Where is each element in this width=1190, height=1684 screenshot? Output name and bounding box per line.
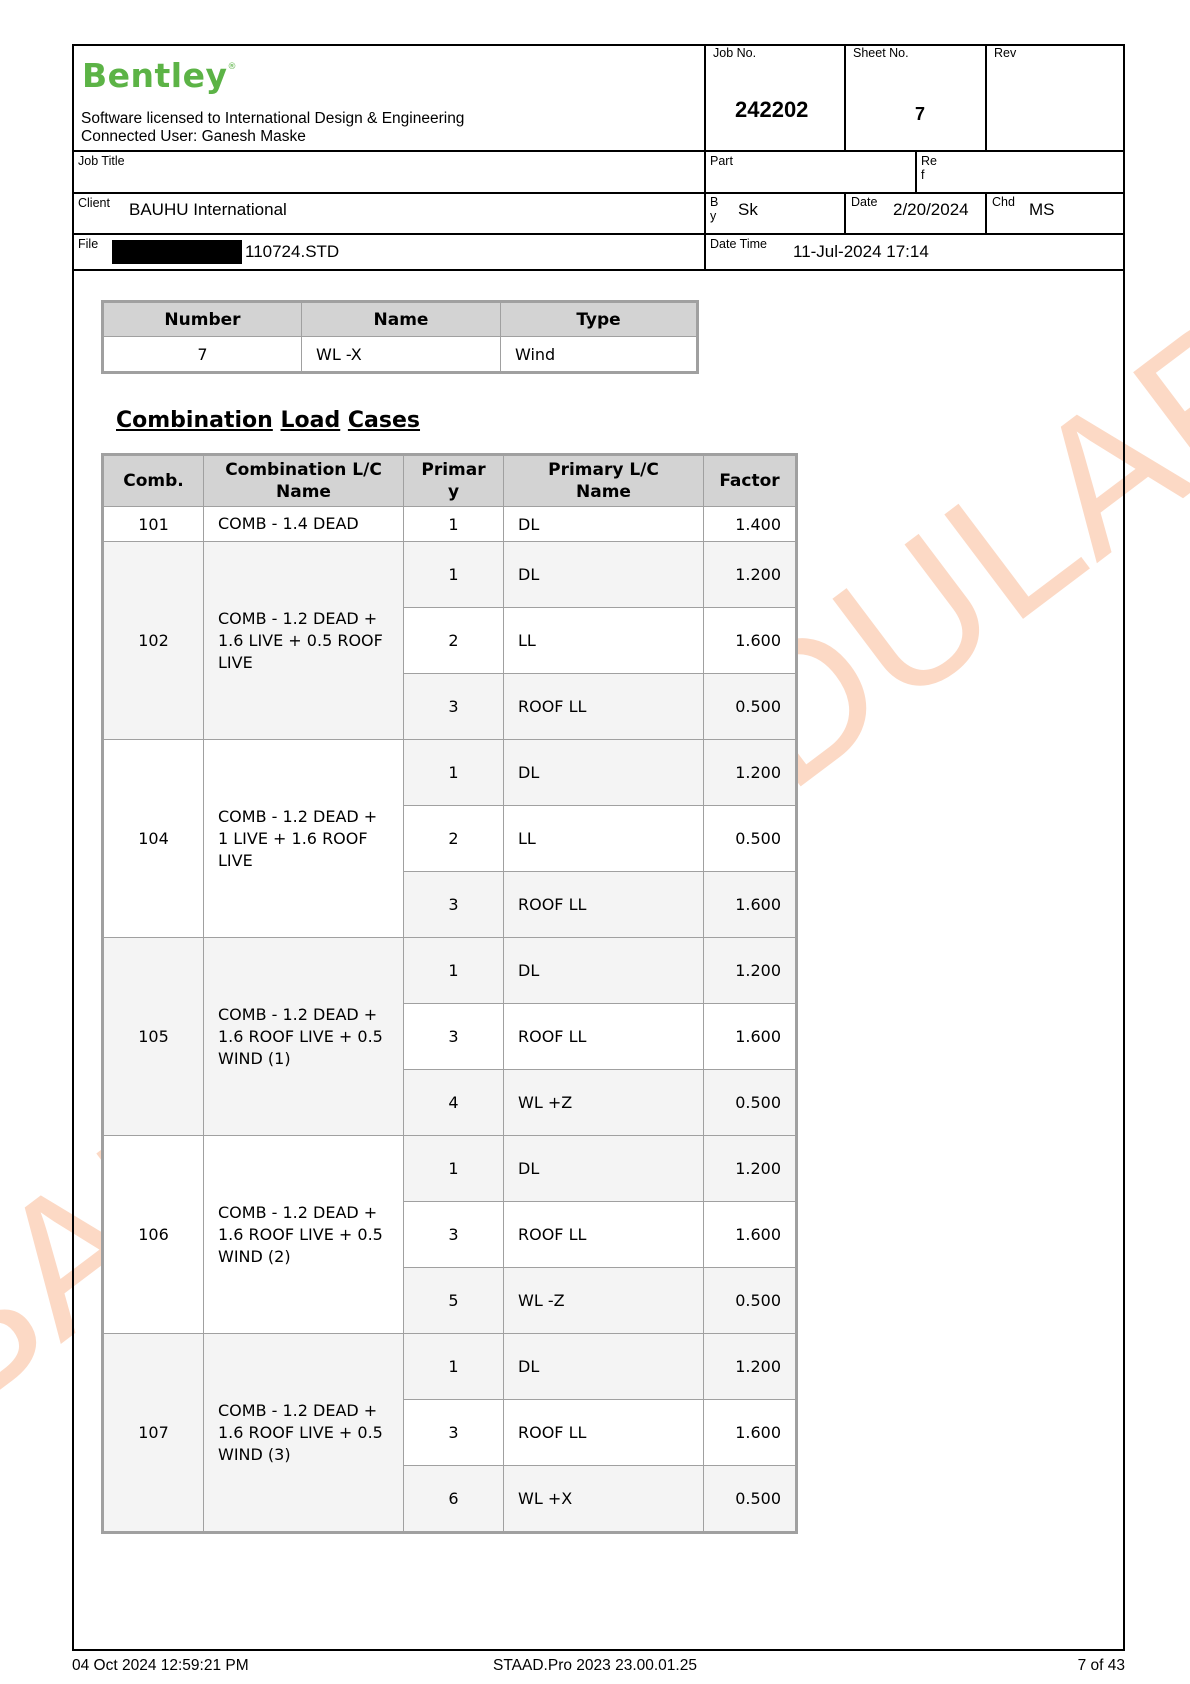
load-case-number: 7 xyxy=(103,337,302,373)
load-case-name: WL -X xyxy=(302,337,501,373)
primary-number: 1 xyxy=(404,1334,504,1400)
by-label: By xyxy=(710,195,718,223)
comb-name: COMB - 1.2 DEAD + 1.6 ROOF LIVE + 0.5 WI… xyxy=(204,938,404,1136)
checked-label: Chd xyxy=(992,195,1015,209)
license-info: Software licensed to International Desig… xyxy=(81,110,464,146)
license-line: Software licensed to International Desig… xyxy=(81,110,464,128)
column-header-number: Number xyxy=(103,302,302,337)
factor-value: 1.200 xyxy=(704,740,797,806)
comb-name: COMB - 1.2 DEAD + 1.6 ROOF LIVE + 0.5 WI… xyxy=(204,1334,404,1533)
date-value: 2/20/2024 xyxy=(893,200,969,220)
factor-value: 0.500 xyxy=(704,1070,797,1136)
factor-value: 0.500 xyxy=(704,674,797,740)
factor-value: 1.600 xyxy=(704,608,797,674)
divider xyxy=(985,192,987,234)
primary-name: DL xyxy=(504,740,704,806)
primary-name: DL xyxy=(504,1334,704,1400)
primary-number: 1 xyxy=(404,542,504,608)
column-header-comb-name: Combination L/CName xyxy=(204,455,404,507)
ref-label: Ref xyxy=(921,154,937,182)
factor-value: 1.200 xyxy=(704,1334,797,1400)
comb-name: COMB - 1.2 DEAD + 1.6 ROOF LIVE + 0.5 WI… xyxy=(204,1136,404,1334)
factor-value: 1.600 xyxy=(704,1400,797,1466)
factor-value: 1.200 xyxy=(704,542,797,608)
table-row: 104COMB - 1.2 DEAD + 1 LIVE + 1.6 ROOF L… xyxy=(103,740,797,806)
factor-value: 0.500 xyxy=(704,1466,797,1533)
footer-software: STAAD.Pro 2023 23.00.01.25 xyxy=(0,1657,1190,1675)
primary-number: 1 xyxy=(404,938,504,1004)
job-title-label: Job Title xyxy=(78,154,125,168)
primary-name: LL xyxy=(504,806,704,872)
column-header-type: Type xyxy=(501,302,698,337)
redacted-filename xyxy=(112,240,242,264)
column-header-comb: Comb. xyxy=(103,455,204,507)
factor-value: 1.600 xyxy=(704,1202,797,1268)
comb-number: 104 xyxy=(103,740,204,938)
primary-name: WL +X xyxy=(504,1466,704,1533)
connected-user: Connected User: Ganesh Maske xyxy=(81,128,464,146)
divider xyxy=(72,269,1125,271)
bentley-logo: Bentley® xyxy=(82,56,237,95)
primary-name: ROOF LL xyxy=(504,674,704,740)
client-label: Client xyxy=(78,196,110,210)
rev-label: Rev xyxy=(994,46,1016,60)
comb-name: COMB - 1.2 DEAD + 1 LIVE + 1.6 ROOF LIVE xyxy=(204,740,404,938)
column-header-primary-name: Primary L/CName xyxy=(504,455,704,507)
date-time-value: 11-Jul-2024 17:14 xyxy=(793,242,929,262)
column-header-factor: Factor xyxy=(704,455,797,507)
primary-number: 1 xyxy=(404,740,504,806)
primary-number: 4 xyxy=(404,1070,504,1136)
primary-number: 6 xyxy=(404,1466,504,1533)
table-row: 102COMB - 1.2 DEAD + 1.6 LIVE + 0.5 ROOF… xyxy=(103,542,797,608)
by-value: Sk xyxy=(738,200,758,220)
primary-name: DL xyxy=(504,542,704,608)
primary-name: ROOF LL xyxy=(504,872,704,938)
table-row: 106COMB - 1.2 DEAD + 1.6 ROOF LIVE + 0.5… xyxy=(103,1136,797,1202)
primary-number: 3 xyxy=(404,674,504,740)
sheet-no-label: Sheet No. xyxy=(853,46,909,60)
primary-number: 1 xyxy=(404,507,504,542)
footer-page-number: 7 of 43 xyxy=(1078,1657,1125,1675)
load-case-table: Number Name Type 7 WL -X Wind xyxy=(101,300,699,374)
client-value: BAUHU International xyxy=(129,200,287,220)
primary-number: 3 xyxy=(404,1202,504,1268)
divider xyxy=(72,233,1125,235)
factor-value: 1.600 xyxy=(704,872,797,938)
primary-number: 2 xyxy=(404,806,504,872)
primary-name: DL xyxy=(504,507,704,542)
divider xyxy=(844,192,846,234)
table-row: 7 WL -X Wind xyxy=(103,337,698,373)
section-title: Combination Load Cases xyxy=(116,408,420,433)
divider xyxy=(915,150,917,193)
divider xyxy=(72,192,1125,194)
sheet-no-value: 7 xyxy=(915,104,925,125)
comb-name: COMB - 1.4 DEAD xyxy=(204,507,404,542)
divider xyxy=(72,150,1125,152)
file-label: File xyxy=(78,237,98,251)
primary-name: ROOF LL xyxy=(504,1202,704,1268)
table-row: 105COMB - 1.2 DEAD + 1.6 ROOF LIVE + 0.5… xyxy=(103,938,797,1004)
divider xyxy=(844,44,846,151)
primary-name: DL xyxy=(504,1136,704,1202)
job-no-value: 242202 xyxy=(735,97,808,123)
primary-number: 2 xyxy=(404,608,504,674)
load-case-type: Wind xyxy=(501,337,698,373)
divider xyxy=(704,44,706,270)
factor-value: 0.500 xyxy=(704,1268,797,1334)
factor-value: 1.200 xyxy=(704,938,797,1004)
file-value: 110724.STD xyxy=(245,242,339,262)
table-row: 107COMB - 1.2 DEAD + 1.6 ROOF LIVE + 0.5… xyxy=(103,1334,797,1400)
checked-value: MS xyxy=(1029,200,1055,220)
combination-load-cases-table: Comb. Combination L/CName Primary Primar… xyxy=(101,453,798,1534)
date-time-label: Date Time xyxy=(710,237,767,251)
comb-number: 106 xyxy=(103,1136,204,1334)
job-no-label: Job No. xyxy=(713,46,756,60)
comb-number: 102 xyxy=(103,542,204,740)
primary-name: ROOF LL xyxy=(504,1400,704,1466)
primary-number: 3 xyxy=(404,872,504,938)
factor-value: 1.400 xyxy=(704,507,797,542)
primary-name: ROOF LL xyxy=(504,1004,704,1070)
comb-name: COMB - 1.2 DEAD + 1.6 LIVE + 0.5 ROOF LI… xyxy=(204,542,404,740)
primary-number: 3 xyxy=(404,1400,504,1466)
factor-value: 0.500 xyxy=(704,806,797,872)
primary-number: 5 xyxy=(404,1268,504,1334)
primary-number: 3 xyxy=(404,1004,504,1070)
comb-number: 107 xyxy=(103,1334,204,1533)
comb-number: 105 xyxy=(103,938,204,1136)
part-label: Part xyxy=(710,154,733,168)
date-label: Date xyxy=(851,195,877,209)
factor-value: 1.600 xyxy=(704,1004,797,1070)
column-header-name: Name xyxy=(302,302,501,337)
primary-name: WL -Z xyxy=(504,1268,704,1334)
primary-number: 1 xyxy=(404,1136,504,1202)
primary-name: WL +Z xyxy=(504,1070,704,1136)
divider xyxy=(985,44,987,151)
primary-name: LL xyxy=(504,608,704,674)
column-header-primary: Primary xyxy=(404,455,504,507)
table-row: 101COMB - 1.4 DEAD1DL1.400 xyxy=(103,507,797,542)
primary-name: DL xyxy=(504,938,704,1004)
comb-number: 101 xyxy=(103,507,204,542)
factor-value: 1.200 xyxy=(704,1136,797,1202)
